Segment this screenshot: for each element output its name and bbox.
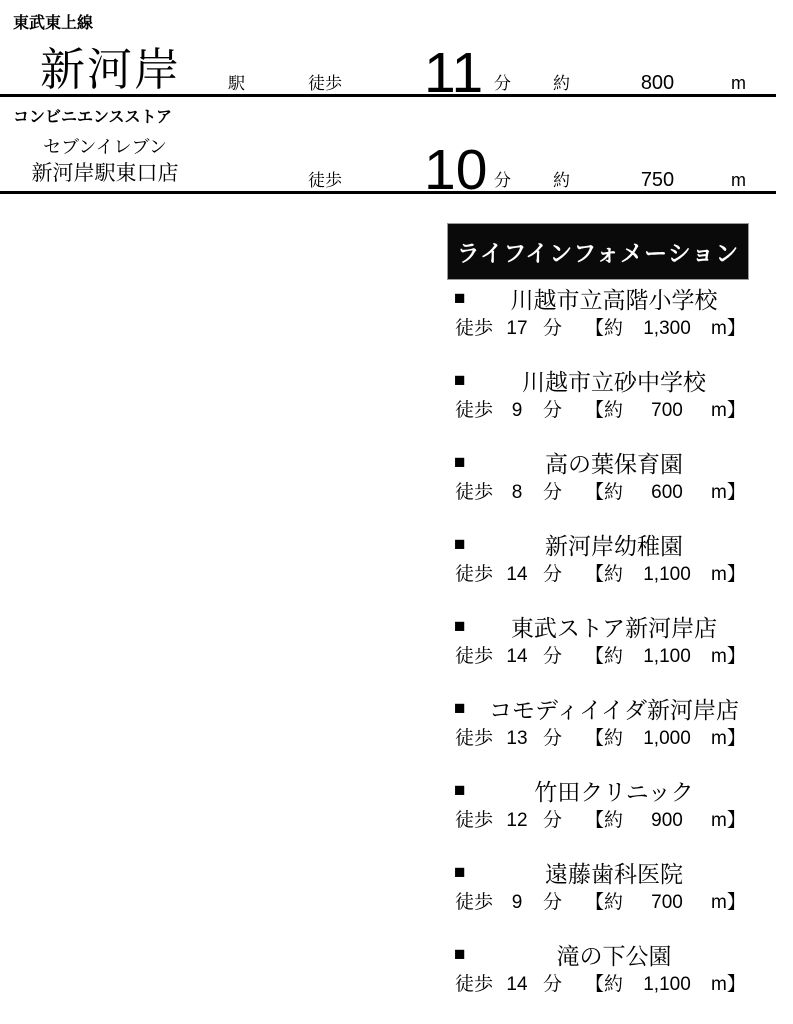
list-item: ■ 川越市立砂中学校 徒歩 9 分 【約 700 m】 xyxy=(448,369,780,424)
store-access-row: コンビニエンスストア セブンイレブン 新河岸駅東口店 徒歩 10 分 約 750… xyxy=(0,97,776,194)
approx-open-bracket: 【約 xyxy=(585,808,623,834)
facility-name-row: ■ 滝の下公園 xyxy=(448,943,780,970)
minutes-unit: 分 xyxy=(543,808,565,834)
facility-distance-row: 徒歩 9 分 【約 700 m】 xyxy=(448,398,780,424)
walk-label: 徒歩 xyxy=(308,172,342,189)
distance-unit-close-bracket: m】 xyxy=(711,480,746,506)
square-bullet-icon: ■ xyxy=(454,371,465,390)
list-item: ■ 新河岸幼稚園 徒歩 14 分 【約 1,100 m】 xyxy=(448,533,780,588)
list-item: ■ 川越市立高階小学校 徒歩 17 分 【約 1,300 m】 xyxy=(448,287,780,342)
walk-minutes-value: 11 xyxy=(424,45,483,102)
list-item: ■ コモディイイダ新河岸店 徒歩 13 分 【約 1,000 m】 xyxy=(448,697,780,752)
distance-value: 1,100 xyxy=(623,562,711,588)
distance-unit-close-bracket: m】 xyxy=(711,808,746,834)
walk-label: 徒歩 xyxy=(308,75,342,92)
minutes-unit: 分 xyxy=(543,972,565,998)
facility-name: 新河岸幼稚園 xyxy=(545,533,683,559)
facility-name-row: ■ 川越市立砂中学校 xyxy=(448,369,780,396)
facility-distance-row: 徒歩 14 分 【約 1,100 m】 xyxy=(448,562,780,588)
facility-distance-row: 徒歩 14 分 【約 1,100 m】 xyxy=(448,972,780,998)
facility-name: 川越市立砂中学校 xyxy=(522,369,706,395)
facility-distance-row: 徒歩 8 分 【約 600 m】 xyxy=(448,480,780,506)
store-name-line2: 新河岸駅東口店 xyxy=(15,160,195,188)
minutes-unit: 分 xyxy=(543,562,565,588)
distance-unit-close-bracket: m】 xyxy=(711,972,746,998)
distance-value: 600 xyxy=(623,480,711,506)
walk-minutes-value: 9 xyxy=(495,890,539,916)
facility-distance-row: 徒歩 12 分 【約 900 m】 xyxy=(448,808,780,834)
minutes-unit: 分 xyxy=(543,316,565,342)
square-bullet-icon: ■ xyxy=(454,781,465,800)
list-item: ■ 滝の下公園 徒歩 14 分 【約 1,100 m】 xyxy=(448,943,780,998)
facility-name-row: ■ 遠藤歯科医院 xyxy=(448,861,780,888)
distance-unit-close-bracket: m】 xyxy=(711,398,746,424)
distance-value: 1,100 xyxy=(623,972,711,998)
walk-minutes-value: 17 xyxy=(495,316,539,342)
facility-distance-row: 徒歩 13 分 【約 1,000 m】 xyxy=(448,726,780,752)
approx-open-bracket: 【約 xyxy=(585,398,623,424)
approx-open-bracket: 【約 xyxy=(585,890,623,916)
facility-name-row: ■ 高の葉保育園 xyxy=(448,451,780,478)
distance-value: 1,300 xyxy=(623,316,711,342)
square-bullet-icon: ■ xyxy=(454,453,465,472)
station-suffix: 駅 xyxy=(228,75,245,92)
walk-minutes-value: 14 xyxy=(495,972,539,998)
store-name-line1: セブンイレブン xyxy=(15,134,195,160)
walk-label: 徒歩 xyxy=(455,808,495,834)
facility-name: 遠藤歯科医院 xyxy=(545,861,683,887)
facility-name-row: ■ 新河岸幼稚園 xyxy=(448,533,780,560)
square-bullet-icon: ■ xyxy=(454,863,465,882)
distance-value: 700 xyxy=(623,890,711,916)
distance-value: 800 xyxy=(600,73,715,93)
facility-name-row: ■ 竹田クリニック xyxy=(448,779,780,806)
facility-name: 東武ストア新河岸店 xyxy=(511,615,717,641)
square-bullet-icon: ■ xyxy=(454,535,465,554)
distance-unit-close-bracket: m】 xyxy=(711,562,746,588)
walk-label: 徒歩 xyxy=(455,480,495,506)
walk-minutes-value: 8 xyxy=(495,480,539,506)
square-bullet-icon: ■ xyxy=(454,945,465,964)
walk-minutes-value: 9 xyxy=(495,398,539,424)
approx-label: 約 xyxy=(553,172,570,189)
minutes-unit: 分 xyxy=(494,172,511,189)
station-access-row: 東武東上線 新河岸 駅 徒歩 11 分 約 800 m xyxy=(0,0,776,97)
store-category-label: コンビニエンスストア xyxy=(13,110,172,126)
approx-open-bracket: 【約 xyxy=(585,562,623,588)
walk-minutes-value: 14 xyxy=(495,562,539,588)
minutes-unit: 分 xyxy=(543,398,565,424)
distance-unit-close-bracket: m】 xyxy=(711,726,746,752)
facility-name-row: ■ 川越市立高階小学校 xyxy=(448,287,780,314)
facility-distance-row: 徒歩 14 分 【約 1,100 m】 xyxy=(448,644,780,670)
minutes-unit: 分 xyxy=(543,480,565,506)
facility-name-row: ■ 東武ストア新河岸店 xyxy=(448,615,780,642)
distance-unit-close-bracket: m】 xyxy=(711,644,746,670)
distance-unit: m xyxy=(731,171,746,189)
approx-label: 約 xyxy=(553,75,570,92)
life-information-header: ライフインフォメーション xyxy=(448,224,748,279)
walk-label: 徒歩 xyxy=(455,644,495,670)
walk-minutes-value: 14 xyxy=(495,644,539,670)
square-bullet-icon: ■ xyxy=(454,289,465,308)
walk-label: 徒歩 xyxy=(455,890,495,916)
list-item: ■ 竹田クリニック 徒歩 12 分 【約 900 m】 xyxy=(448,779,780,834)
facility-distance-row: 徒歩 9 分 【約 700 m】 xyxy=(448,890,780,916)
facility-name: 川越市立高階小学校 xyxy=(511,287,718,313)
approx-open-bracket: 【約 xyxy=(585,644,623,670)
approx-open-bracket: 【約 xyxy=(585,972,623,998)
walk-label: 徒歩 xyxy=(455,972,495,998)
approx-open-bracket: 【約 xyxy=(585,316,623,342)
distance-value: 700 xyxy=(623,398,711,424)
walk-label: 徒歩 xyxy=(455,562,495,588)
facility-name: コモディイイダ新河岸店 xyxy=(489,697,739,723)
walk-label: 徒歩 xyxy=(455,398,495,424)
distance-value: 750 xyxy=(600,170,715,190)
life-information-list: ■ 川越市立高階小学校 徒歩 17 分 【約 1,300 m】 ■ 川越市立砂中… xyxy=(448,287,780,1024)
walk-minutes-value: 12 xyxy=(495,808,539,834)
distance-value: 900 xyxy=(623,808,711,834)
list-item: ■ 高の葉保育園 徒歩 8 分 【約 600 m】 xyxy=(448,451,780,506)
distance-value: 1,000 xyxy=(623,726,711,752)
minutes-unit: 分 xyxy=(543,726,565,752)
minutes-unit: 分 xyxy=(543,890,565,916)
walk-label: 徒歩 xyxy=(455,726,495,752)
minutes-unit: 分 xyxy=(543,644,565,670)
minutes-unit: 分 xyxy=(494,75,511,92)
square-bullet-icon: ■ xyxy=(454,699,465,718)
square-bullet-icon: ■ xyxy=(454,617,465,636)
walk-minutes-value: 13 xyxy=(495,726,539,752)
walk-minutes-value: 10 xyxy=(424,142,487,199)
distance-unit: m xyxy=(731,74,746,92)
distance-unit-close-bracket: m】 xyxy=(711,316,746,342)
train-line-label: 東武東上線 xyxy=(13,16,93,32)
facility-name: 滝の下公園 xyxy=(557,943,672,969)
facility-distance-row: 徒歩 17 分 【約 1,300 m】 xyxy=(448,316,780,342)
walk-label: 徒歩 xyxy=(455,316,495,342)
store-name: セブンイレブン 新河岸駅東口店 xyxy=(15,134,195,188)
approx-open-bracket: 【約 xyxy=(585,726,623,752)
list-item: ■ 遠藤歯科医院 徒歩 9 分 【約 700 m】 xyxy=(448,861,780,916)
distance-value: 1,100 xyxy=(623,644,711,670)
facility-name-row: ■ コモディイイダ新河岸店 xyxy=(448,697,780,724)
station-name: 新河岸 xyxy=(40,47,181,92)
distance-unit-close-bracket: m】 xyxy=(711,890,746,916)
list-item: ■ 東武ストア新河岸店 徒歩 14 分 【約 1,100 m】 xyxy=(448,615,780,670)
approx-open-bracket: 【約 xyxy=(585,480,623,506)
facility-name: 高の葉保育園 xyxy=(545,451,683,477)
facility-name: 竹田クリニック xyxy=(534,779,694,805)
